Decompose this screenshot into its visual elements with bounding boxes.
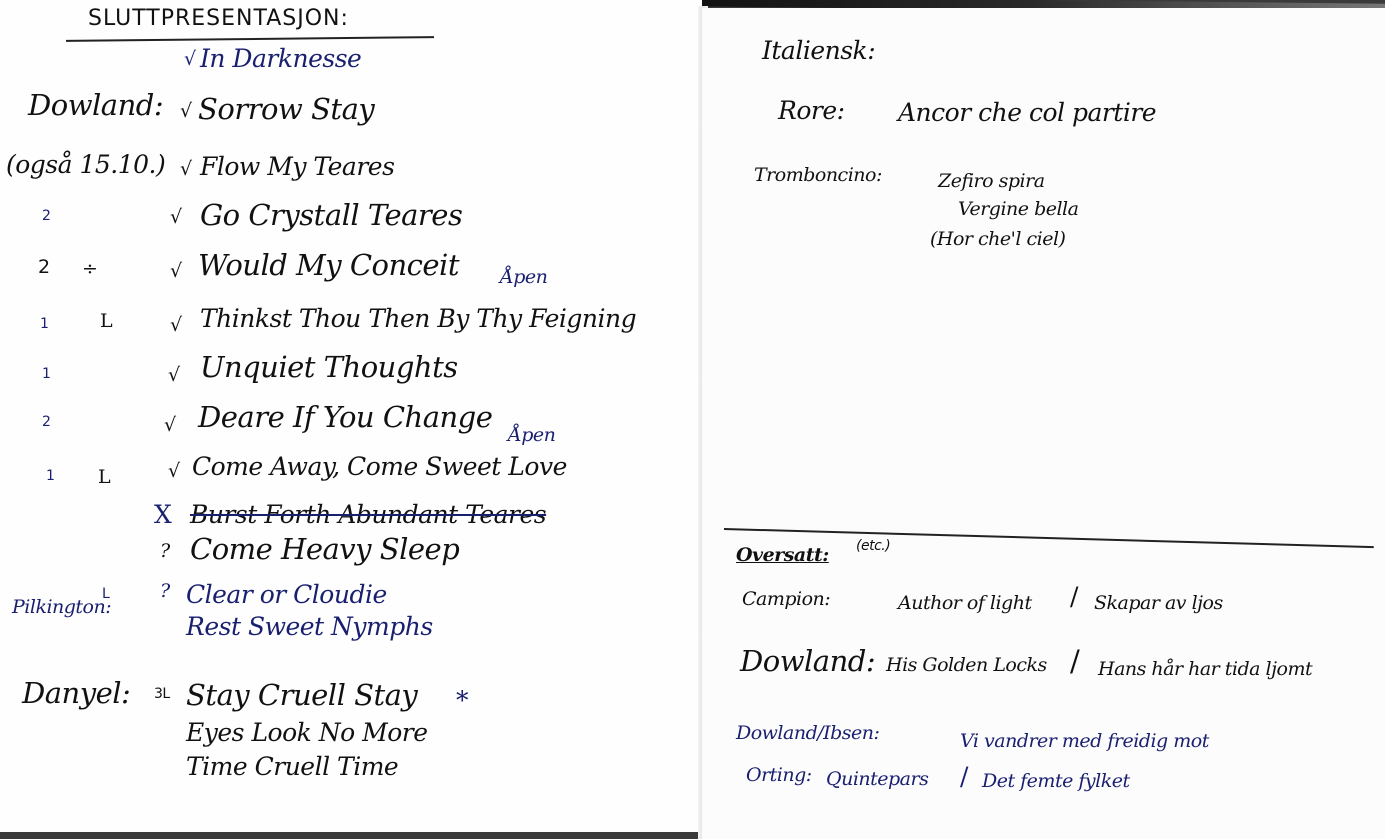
song-title: Come Away, Come Sweet Love xyxy=(192,452,567,481)
song-mark: √ xyxy=(180,100,192,122)
composer-dowland: Dowland: xyxy=(28,88,163,122)
slash-separator: / xyxy=(1070,582,1078,611)
composer-pilkington: Pilkington: xyxy=(12,596,111,618)
left-page: SLUTTPRESENTASJON: √ In Darknesse Dowlan… xyxy=(0,0,702,832)
section-heading-italian: Italiensk: xyxy=(762,36,875,65)
song-title: In Darknesse xyxy=(200,44,361,73)
slash-separator: / xyxy=(960,762,968,791)
song-mark: ? xyxy=(160,540,170,562)
song-mark: √ xyxy=(170,314,182,336)
song-mark: √ xyxy=(170,206,182,228)
asterisk-mark: * xyxy=(456,686,468,715)
work-title: (Hor che'l ciel) xyxy=(930,228,1065,250)
song-title-struck: Burst Forth Abundant Teares xyxy=(190,500,546,529)
translated-title: Skapar av ljos xyxy=(1094,592,1223,614)
page-title: SLUTTPRESENTASJON: xyxy=(88,6,349,31)
work-title: Zefiro spira xyxy=(938,170,1045,192)
song-title: Thinkst Thou Then By Thy Feigning xyxy=(200,304,636,333)
composer-note: (også 15.10.) xyxy=(6,150,165,179)
translated-title: Hans hår har tida ljomt xyxy=(1098,658,1312,680)
song-extra-note: Åpen xyxy=(500,266,547,288)
right-page: Italiensk: Rore: Ancor che col partire T… xyxy=(702,8,1385,839)
song-count: 2 xyxy=(42,208,50,224)
translated-title: Det femte fylket xyxy=(982,770,1130,792)
song-count: 2 xyxy=(38,256,50,278)
title-underline xyxy=(66,36,434,42)
song-mark: ? xyxy=(160,580,170,602)
song-mark: √ xyxy=(170,260,182,282)
composer-campion: Campion: xyxy=(742,588,830,610)
composer-rore: Rore: xyxy=(778,96,845,125)
section-heading-translated: Oversatt: xyxy=(736,544,829,566)
song-title: Clear or Cloudie xyxy=(186,580,387,609)
song-title: Time Cruell Time xyxy=(186,752,398,781)
slash-separator: / xyxy=(1070,644,1079,678)
song-title: Would My Conceit xyxy=(198,248,459,282)
original-title: Quintepars xyxy=(826,768,928,790)
song-tag: ÷ xyxy=(82,258,97,280)
song-count: 1 xyxy=(46,468,54,484)
song-title: Eyes Look No More xyxy=(186,718,428,747)
song-title: Sorrow Stay xyxy=(198,92,374,126)
song-count: 2 xyxy=(42,414,50,430)
composer-dowland: Dowland: xyxy=(740,644,875,678)
song-title: Come Heavy Sleep xyxy=(190,532,459,566)
song-mark-cross: X xyxy=(154,500,171,529)
original-title: His Golden Locks xyxy=(886,654,1047,676)
song-title: Flow My Teares xyxy=(200,152,394,181)
song-mark: √ xyxy=(180,158,192,180)
composer-orting: Orting: xyxy=(746,764,812,786)
work-title: Ancor che col partire xyxy=(898,98,1156,127)
song-extra-note: Åpen xyxy=(508,424,555,446)
song-mark: √ xyxy=(168,460,180,482)
song-prefix: 3L xyxy=(154,686,170,702)
song-mark: √ xyxy=(168,364,180,386)
song-title: Rest Sweet Nymphs xyxy=(186,612,433,641)
song-count: 1 xyxy=(42,366,50,382)
original-title: Vi vandrer med freidig mot xyxy=(960,730,1209,752)
composer-tromboncino: Tromboncino: xyxy=(754,164,882,186)
composer-dowland-ibsen: Dowland/Ibsen: xyxy=(736,722,879,744)
translated-note: (etc.) xyxy=(856,538,890,554)
song-title: Deare If You Change xyxy=(198,400,492,434)
song-title: Unquiet Thoughts xyxy=(200,350,458,384)
song-tag: L xyxy=(100,310,112,332)
song-title: Go Crystall Teares xyxy=(200,198,462,232)
song-count: 1 xyxy=(40,316,48,332)
song-title: Stay Cruell Stay xyxy=(186,678,417,712)
song-mark: √ xyxy=(164,414,176,436)
song-mark: √ xyxy=(184,48,196,70)
composer-danyel: Danyel: xyxy=(22,676,130,710)
original-title: Author of light xyxy=(898,592,1032,614)
work-title: Vergine bella xyxy=(958,198,1078,220)
song-tag: L xyxy=(98,466,110,488)
